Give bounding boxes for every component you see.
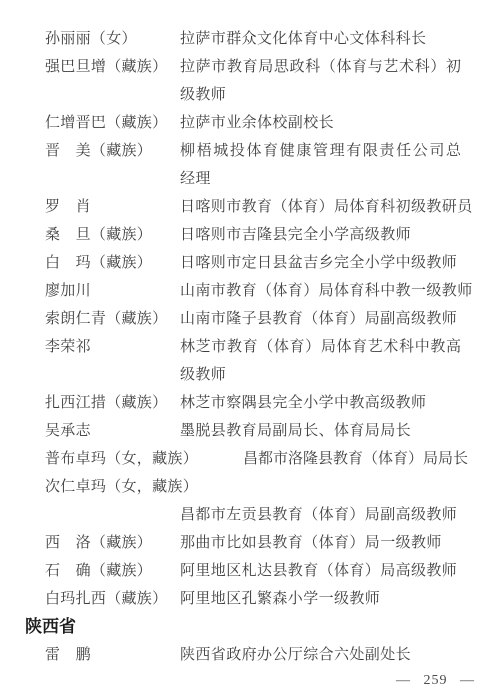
- person-position: 柳梧城投体育健康管理有限责任公司总: [180, 137, 461, 165]
- person-name: 雷 鹏: [45, 641, 180, 669]
- person-name: 桑 旦（藏族）: [45, 221, 180, 249]
- person-name: 白玛扎西（藏族）: [45, 585, 180, 613]
- person-position: [243, 473, 473, 501]
- roster-entry-line: 雷 鹏 陕西省政府办公厅综合六处副处长: [0, 641, 493, 669]
- person-position: 阿里地区札达县教育（体育）局高级教师: [180, 557, 461, 585]
- roster-entry-line: 白 玛（藏族） 日喀则市定日县盆吉乡完全小学中级教师: [0, 249, 493, 277]
- person-name: 罗 肖: [45, 193, 180, 221]
- person-name: 白 玛（藏族）: [45, 249, 180, 277]
- roster-entry-line: 强巴旦增（藏族） 拉萨市教育局思政科（体育与艺术科）初: [0, 53, 493, 81]
- person-position: 阿里地区孔繁森小学一级教师: [180, 585, 461, 613]
- province-section-heading: 陕西省: [0, 613, 493, 641]
- roster-entry-line: 罗 肖 日喀则市教育（体育）局体育科初级教研员: [0, 193, 493, 221]
- person-position: 级教师: [180, 81, 461, 109]
- roster-entry-line: 晋 美（藏族） 柳梧城投体育健康管理有限责任公司总: [0, 137, 493, 165]
- person-name: 次仁卓玛（女，藏族）: [45, 473, 243, 501]
- person-name: 石 确（藏族）: [45, 557, 180, 585]
- person-name: 强巴旦增（藏族）: [45, 53, 180, 81]
- person-position: 拉萨市群众文化体育中心文体科科长: [180, 25, 461, 53]
- roster-entry-line: 级教师: [0, 81, 493, 109]
- roster-entry-line: 李荣祁 林芝市教育（体育）局体育艺术科中教高: [0, 333, 493, 361]
- person-name: 普布卓玛（女，藏族）: [45, 445, 243, 473]
- roster-entry-line: 西 洛（藏族） 那曲市比如县教育（体育）局一级教师: [0, 529, 493, 557]
- person-name: 西 洛（藏族）: [45, 529, 180, 557]
- roster-entry-line: 仁增晋巴（藏族） 拉萨市业余体校副校长: [0, 109, 493, 137]
- person-name: 晋 美（藏族）: [45, 137, 180, 165]
- person-position: 林芝市察隅县完全小学中教高级教师: [180, 389, 461, 417]
- province-name: 陕西省: [25, 613, 76, 641]
- person-name: 仁增晋巴（藏族）: [45, 109, 180, 137]
- person-position: 山南市隆子县教育（体育）局副高级教师: [180, 305, 461, 333]
- person-name: 吴承志: [45, 417, 180, 445]
- award-roster-list: 孙丽丽（女） 拉萨市群众文化体育中心文体科科长 强巴旦增（藏族） 拉萨市教育局思…: [0, 25, 493, 669]
- roster-entry-line: 普布卓玛（女，藏族） 昌都市洛隆县教育（体育）局局长: [0, 445, 493, 473]
- person-position: 级教师: [180, 361, 461, 389]
- roster-entry-line: 扎西江措（藏族） 林芝市察隅县完全小学中教高级教师: [0, 389, 493, 417]
- person-name: [45, 501, 180, 529]
- person-name: 扎西江措（藏族）: [45, 389, 180, 417]
- roster-entry-line: 昌都市左贡县教育（体育）局副高级教师: [0, 501, 493, 529]
- roster-entry-line: 索朗仁青（藏族） 山南市隆子县教育（体育）局副高级教师: [0, 305, 493, 333]
- roster-entry-line: 白玛扎西（藏族） 阿里地区孔繁森小学一级教师: [0, 585, 493, 613]
- person-name: [45, 81, 180, 109]
- person-position: 拉萨市业余体校副校长: [180, 109, 461, 137]
- person-name: 廖加川: [45, 277, 180, 305]
- person-position: 陕西省政府办公厅综合六处副处长: [180, 641, 461, 669]
- person-position: 日喀则市教育（体育）局体育科初级教研员: [180, 193, 461, 221]
- person-name: [45, 361, 180, 389]
- page-number: — 259 —: [396, 672, 475, 690]
- roster-entry-line: 石 确（藏族） 阿里地区札达县教育（体育）局高级教师: [0, 557, 493, 585]
- roster-entry-line: 孙丽丽（女） 拉萨市群众文化体育中心文体科科长: [0, 25, 493, 53]
- person-position: 日喀则市定日县盆吉乡完全小学中级教师: [180, 249, 461, 277]
- roster-entry-line: 次仁卓玛（女，藏族）: [0, 473, 493, 501]
- person-position: 日喀则市吉隆县完全小学高级教师: [180, 221, 461, 249]
- person-name: 孙丽丽（女）: [45, 25, 180, 53]
- person-name: 索朗仁青（藏族）: [45, 305, 180, 333]
- person-position: 昌都市洛隆县教育（体育）局局长: [243, 445, 473, 473]
- person-position: 经理: [180, 165, 461, 193]
- document-page: 孙丽丽（女） 拉萨市群众文化体育中心文体科科长 强巴旦增（藏族） 拉萨市教育局思…: [0, 0, 493, 694]
- person-position: 拉萨市教育局思政科（体育与艺术科）初: [180, 53, 461, 81]
- person-name: 李荣祁: [45, 333, 180, 361]
- person-name: [45, 165, 180, 193]
- person-position: 林芝市教育（体育）局体育艺术科中教高: [180, 333, 461, 361]
- roster-entry-line: 吴承志 墨脱县教育局副局长、体育局局长: [0, 417, 493, 445]
- person-position: 山南市教育（体育）局体育科中教一级教师: [180, 277, 461, 305]
- roster-entry-line: 经理: [0, 165, 493, 193]
- person-position: 墨脱县教育局副局长、体育局局长: [180, 417, 461, 445]
- roster-entry-line: 廖加川 山南市教育（体育）局体育科中教一级教师: [0, 277, 493, 305]
- roster-entry-line: 级教师: [0, 361, 493, 389]
- person-position: 那曲市比如县教育（体育）局一级教师: [180, 529, 461, 557]
- person-position: 昌都市左贡县教育（体育）局副高级教师: [180, 501, 461, 529]
- roster-entry-line: 桑 旦（藏族） 日喀则市吉隆县完全小学高级教师: [0, 221, 493, 249]
